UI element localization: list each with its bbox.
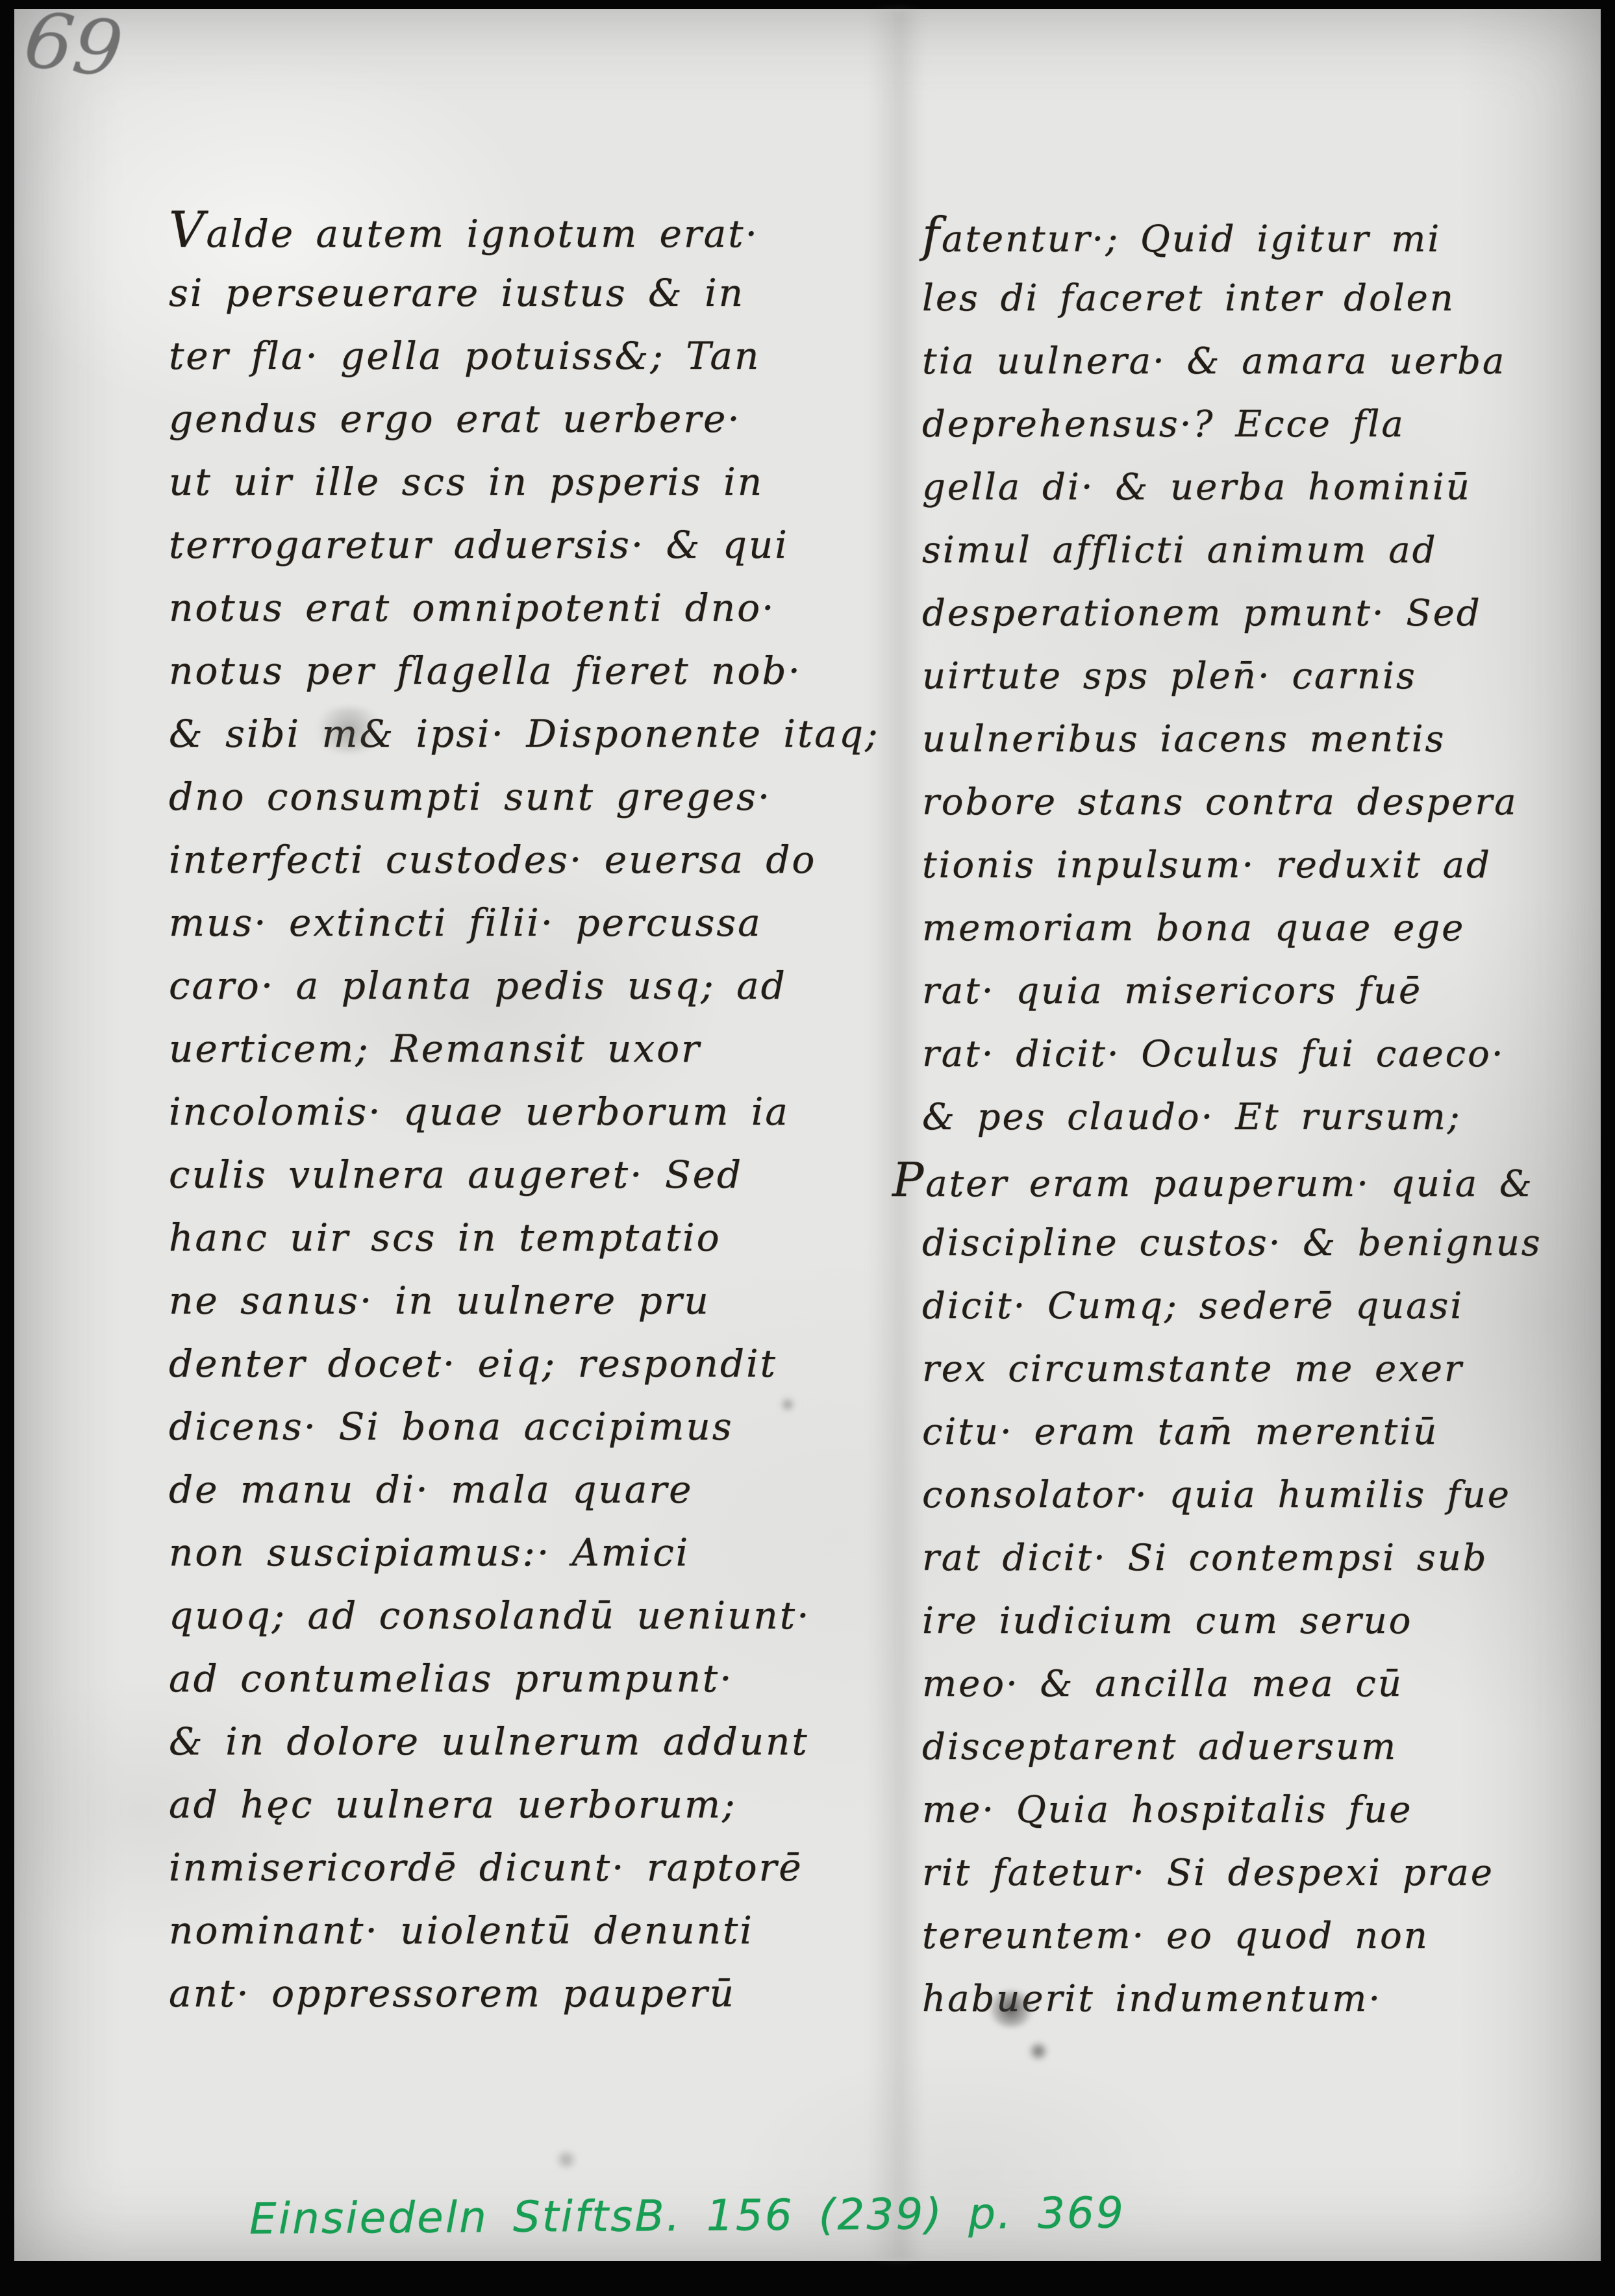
photo-frame: 69 Valde autem ignotum erat·si perseuera… <box>0 0 1615 2296</box>
manuscript-line: & pes claudo· Et rursum; <box>922 1086 1562 1149</box>
manuscript-line: quoq; ad consolandū ueniunt· <box>169 1584 883 1647</box>
manuscript-line: ire iudicium cum seruo <box>922 1590 1562 1653</box>
manuscript-line: notus per flagella fieret nob· <box>169 640 883 703</box>
smudge-stain <box>553 2151 579 2169</box>
manuscript-line: consolator· quia humilis fue <box>922 1464 1562 1527</box>
manuscript-line: tia uulnera· & amara uerba <box>922 330 1562 393</box>
manuscript-line: dicit· Cumq; sederē quasi <box>922 1275 1562 1338</box>
manuscript-line: deprehensus·? Ecce fla <box>922 393 1562 456</box>
manuscript-line: ad hęc uulnera uerborum; <box>169 1773 883 1836</box>
manuscript-line: notus erat omnipotenti dno· <box>169 577 883 640</box>
right-text-column: fatentur·; Quid igitur miles di faceret … <box>922 204 1562 2030</box>
manuscript-line: dicens· Si bona accipimus <box>169 1395 883 1458</box>
manuscript-line: fatentur·; Quid igitur mi <box>922 204 1562 267</box>
manuscript-line: terrogaretur aduersis· & qui <box>169 514 883 577</box>
ink-stain <box>1027 2041 1049 2061</box>
manuscript-line: citu· eram tam̄ merentiū <box>922 1401 1562 1464</box>
manuscript-line: culis vulnera augeret· Sed <box>169 1143 883 1206</box>
manuscript-line: inmisericordē dicunt· raptorē <box>169 1836 883 1899</box>
smudge-stain <box>310 707 388 753</box>
manuscript-line: si perseuerare iustus & in <box>169 262 883 325</box>
manuscript-line: rex circumstante me exer <box>922 1338 1562 1401</box>
manuscript-line: gendus ergo erat uerbere· <box>169 388 883 451</box>
manuscript-line: ne sanus· in uulnere pru <box>169 1269 883 1332</box>
manuscript-line: rat dicit· Si contempsi sub <box>922 1527 1562 1590</box>
shelfmark-caption: Einsiedeln StiftsB. 156 (239) p. 369 <box>249 2188 1125 2243</box>
manuscript-line: discipline custos· & benignus <box>922 1212 1562 1275</box>
manuscript-line: gella di· & uerba hominiū <box>922 456 1562 519</box>
ink-stain <box>779 1397 796 1412</box>
manuscript-line: Valde autem ignotum erat· <box>169 199 883 262</box>
manuscript-line: & in dolore uulnerum addunt <box>169 1710 883 1773</box>
manuscript-line: simul afflicti animum ad <box>922 519 1562 582</box>
manuscript-line: rit fatetur· Si despexi prae <box>922 1841 1562 1904</box>
manuscript-line: nominant· uiolentū denunti <box>169 1899 883 1962</box>
manuscript-line: & sibi m& ipsi· Disponente itaq; <box>169 703 883 766</box>
manuscript-line: desperationem pmunt· Sed <box>922 582 1562 645</box>
manuscript-line: incolomis· quae uerborum ia <box>169 1080 883 1143</box>
manuscript-line: non suscipiamus:· Amici <box>169 1521 883 1584</box>
manuscript-line: ter fla· gella potuiss&; Tan <box>169 325 883 388</box>
manuscript-line: tionis inpulsum· reduxit ad <box>922 834 1562 897</box>
manuscript-line: uerticem; Remansit uxor <box>169 1017 883 1080</box>
manuscript-line: rat· quia misericors fuē <box>922 960 1562 1023</box>
manuscript-line: tereuntem· eo quod non <box>922 1904 1562 1967</box>
manuscript-line: caro· a planta pedis usq; ad <box>169 955 883 1017</box>
manuscript-line: dno consumpti sunt greges· <box>169 766 883 829</box>
manuscript-line: hanc uir scs in temptatio <box>169 1206 883 1269</box>
manuscript-line: mus· extincti filii· percussa <box>169 892 883 955</box>
ink-stain <box>988 1991 1034 2027</box>
manuscript-line: meo· & ancilla mea cū <box>922 1653 1562 1716</box>
manuscript-line: uirtute sps plen̄· carnis <box>922 645 1562 708</box>
manuscript-line: ant· oppressorem pauperū <box>169 1962 883 2025</box>
manuscript-line: de manu di· mala quare <box>169 1458 883 1521</box>
left-text-column: Valde autem ignotum erat·si perseuerare … <box>169 199 883 2025</box>
manuscript-line: rat· dicit· Oculus fui caeco· <box>922 1023 1562 1086</box>
pencil-folio-number: 69 <box>19 0 127 95</box>
manuscript-line: Pater eram pauperum· quia & <box>892 1149 1562 1212</box>
manuscript-line: interfecti custodes· euersa do <box>169 829 883 892</box>
manuscript-line: me· Quia hospitalis fue <box>922 1778 1562 1841</box>
manuscript-line: uulneribus iacens mentis <box>922 708 1562 771</box>
manuscript-line: robore stans contra despera <box>922 771 1562 834</box>
manuscript-line: denter docet· eiq; respondit <box>169 1332 883 1395</box>
manuscript-page: 69 Valde autem ignotum erat·si perseuera… <box>14 9 1601 2261</box>
manuscript-line: memoriam bona quae ege <box>922 897 1562 960</box>
manuscript-line: ad contumelias prumpunt· <box>169 1647 883 1710</box>
manuscript-line: les di faceret inter dolen <box>922 267 1562 330</box>
manuscript-line: disceptarent aduersum <box>922 1716 1562 1778</box>
manuscript-line: ut uir ille scs in psperis in <box>169 451 883 514</box>
